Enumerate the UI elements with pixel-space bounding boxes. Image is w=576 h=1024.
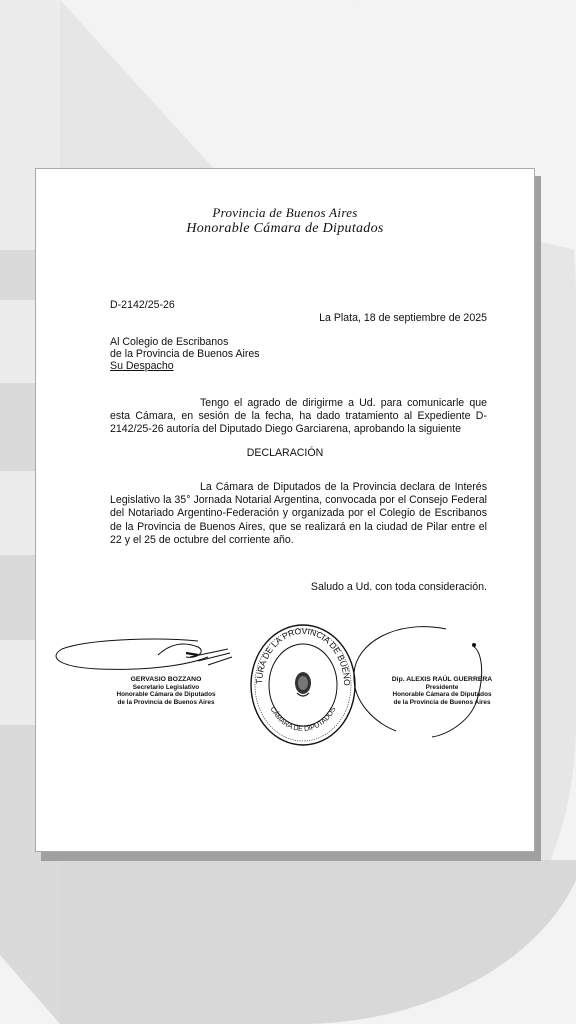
place-date: La Plata, 18 de septiembre de 2025 bbox=[319, 312, 487, 325]
recipient-line-1: Al Colegio de Escribanos bbox=[110, 336, 228, 349]
letterhead-province: Provincia de Buenos Aires bbox=[36, 205, 534, 221]
letterhead-chamber: Honorable Cámara de Diputados bbox=[36, 221, 534, 237]
letterhead: Provincia de Buenos Aires Honorable Cáma… bbox=[36, 205, 534, 237]
seal-inner-text: CÁMARA DE DIPUTADOS bbox=[268, 706, 337, 733]
declaration-heading: DECLARACIÓN bbox=[36, 447, 534, 460]
declaration-paragraph: La Cámara de Diputados de la Provincia d… bbox=[110, 481, 487, 547]
signature-secretary bbox=[48, 631, 238, 676]
file-number: D-2142/25-26 bbox=[110, 299, 175, 312]
recipient-line-2: de la Provincia de Buenos Aires bbox=[110, 348, 260, 361]
signatory-president: Dip. ALEXIS RAÚL GUERRERA Presidente Hon… bbox=[372, 676, 512, 706]
signatory-secretary: GERVASIO BOZZANO Secretario Legislativo … bbox=[96, 676, 236, 706]
closing-salutation: Saludo a Ud. con toda consideración. bbox=[311, 581, 487, 594]
svg-text:CÁMARA DE DIPUTADOS: CÁMARA DE DIPUTADOS bbox=[268, 706, 337, 733]
intro-paragraph: Tengo el agrado de dirigirme a Ud. para … bbox=[110, 397, 487, 437]
document-page: Provincia de Buenos Aires Honorable Cáma… bbox=[35, 168, 535, 852]
coat-of-arms-icon bbox=[295, 672, 311, 696]
recipient-line-3: Su Despacho bbox=[110, 360, 174, 373]
